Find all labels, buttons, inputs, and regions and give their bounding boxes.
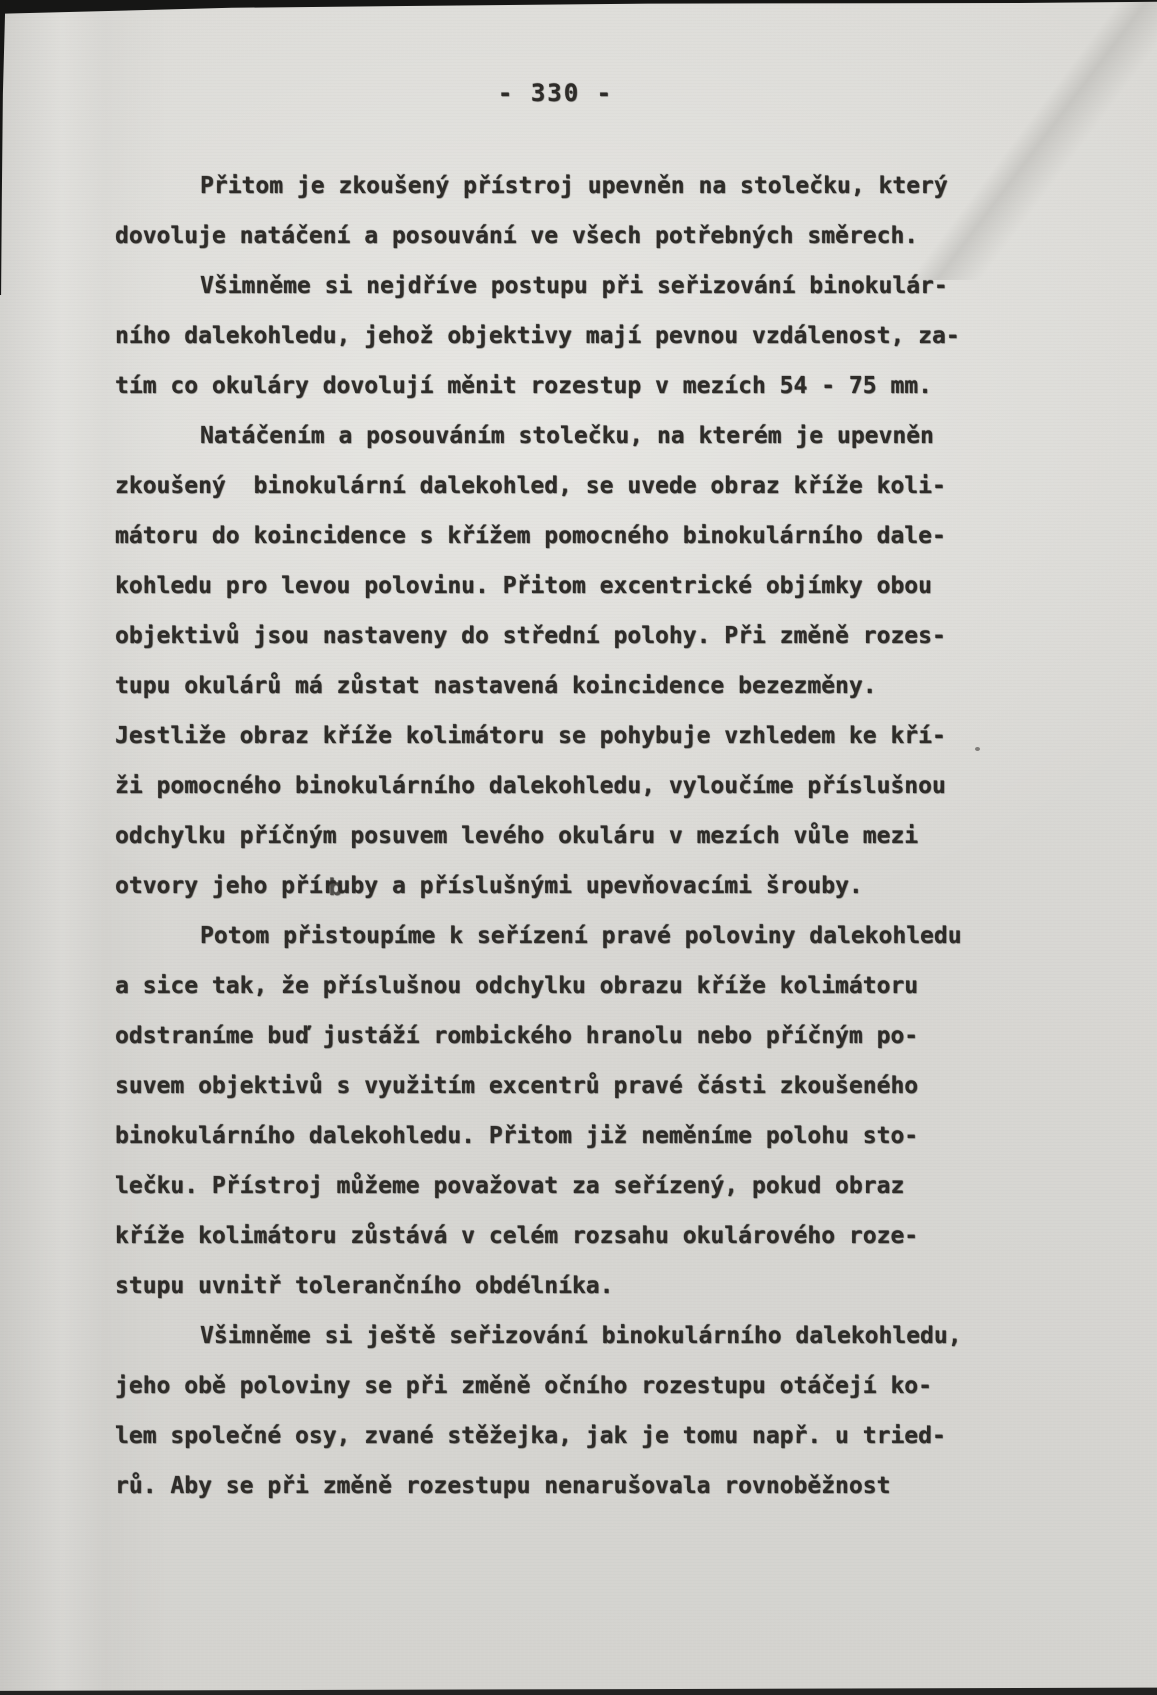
text-line: odstraníme buď justáží rombického hranol…: [115, 1020, 1102, 1070]
page-number: - 330 -: [0, 78, 1111, 108]
text-line: stupu uvnitř tolerančního obdélníka.: [115, 1270, 1102, 1320]
text-line: zkoušený binokulární dalekohled, se uved…: [115, 470, 1102, 520]
text-line: dovoluje natáčení a posouvání ve všech p…: [115, 220, 1102, 270]
text-line: ži pomocného binokulárního dalekohledu, …: [115, 770, 1102, 820]
scan-edge-top: [0, 0, 1157, 15]
text-line: rů. Aby se při změně rozestupu nenarušov…: [115, 1470, 1102, 1520]
text-line: Všimněme si ještě seřizování binokulární…: [115, 1320, 1102, 1370]
text-line: kříže kolimátoru zůstává v celém rozsahu…: [115, 1220, 1102, 1270]
text-line: otvory jeho příruby a příslušnými upevňo…: [115, 870, 1102, 920]
scanned-document-page: - 330 - Přitom je zkoušený přístroj upev…: [0, 0, 1157, 1695]
text-line: kohledu pro levou polovinu. Přitom excen…: [115, 570, 1102, 620]
text-line: objektivů jsou nastaveny do střední polo…: [115, 620, 1102, 670]
text-line: suvem objektivů s využitím excentrů prav…: [115, 1070, 1102, 1120]
text-line: mátoru do koincidence s křížem pomocného…: [115, 520, 1102, 570]
text-line: Potom přistoupíme k seřízení pravé polov…: [115, 920, 1102, 970]
text-line: lem společné osy, zvané stěžejka, jak je…: [115, 1420, 1102, 1470]
text-line: tupu okulárů má zůstat nastavená koincid…: [115, 670, 1102, 720]
text-line: tím co okuláry dovolují měnit rozestup v…: [115, 370, 1102, 420]
text-line: ního dalekohledu, jehož objektivy mají p…: [115, 320, 1102, 370]
text-line: lečku. Přístroj můžeme považovat za seří…: [115, 1170, 1102, 1220]
text-line: a sice tak, že příslušnou odchylku obraz…: [115, 970, 1102, 1020]
scan-edge-left: [0, 0, 9, 295]
text-line: Jestliže obraz kříže kolimátoru se pohyb…: [115, 720, 1102, 770]
scan-edge-bottom: [0, 1687, 1157, 1695]
text-line: Přitom je zkoušený přístroj upevněn na s…: [115, 170, 1102, 220]
text-line: odchylku příčným posuvem levého okuláru …: [115, 820, 1102, 870]
text-line: Natáčením a posouváním stolečku, na kter…: [115, 420, 1102, 470]
text-line: Všimněme si nejdříve postupu při seřizov…: [115, 270, 1102, 320]
text-line: jeho obě poloviny se při změně očního ro…: [115, 1370, 1102, 1420]
overtyped-word: uby: [337, 870, 379, 902]
text-line: binokulárního dalekohledu. Přitom již ne…: [115, 1120, 1102, 1170]
typewritten-text: Přitom je zkoušený přístroj upevněn na s…: [115, 170, 1102, 1520]
ink-speck: [975, 747, 980, 751]
